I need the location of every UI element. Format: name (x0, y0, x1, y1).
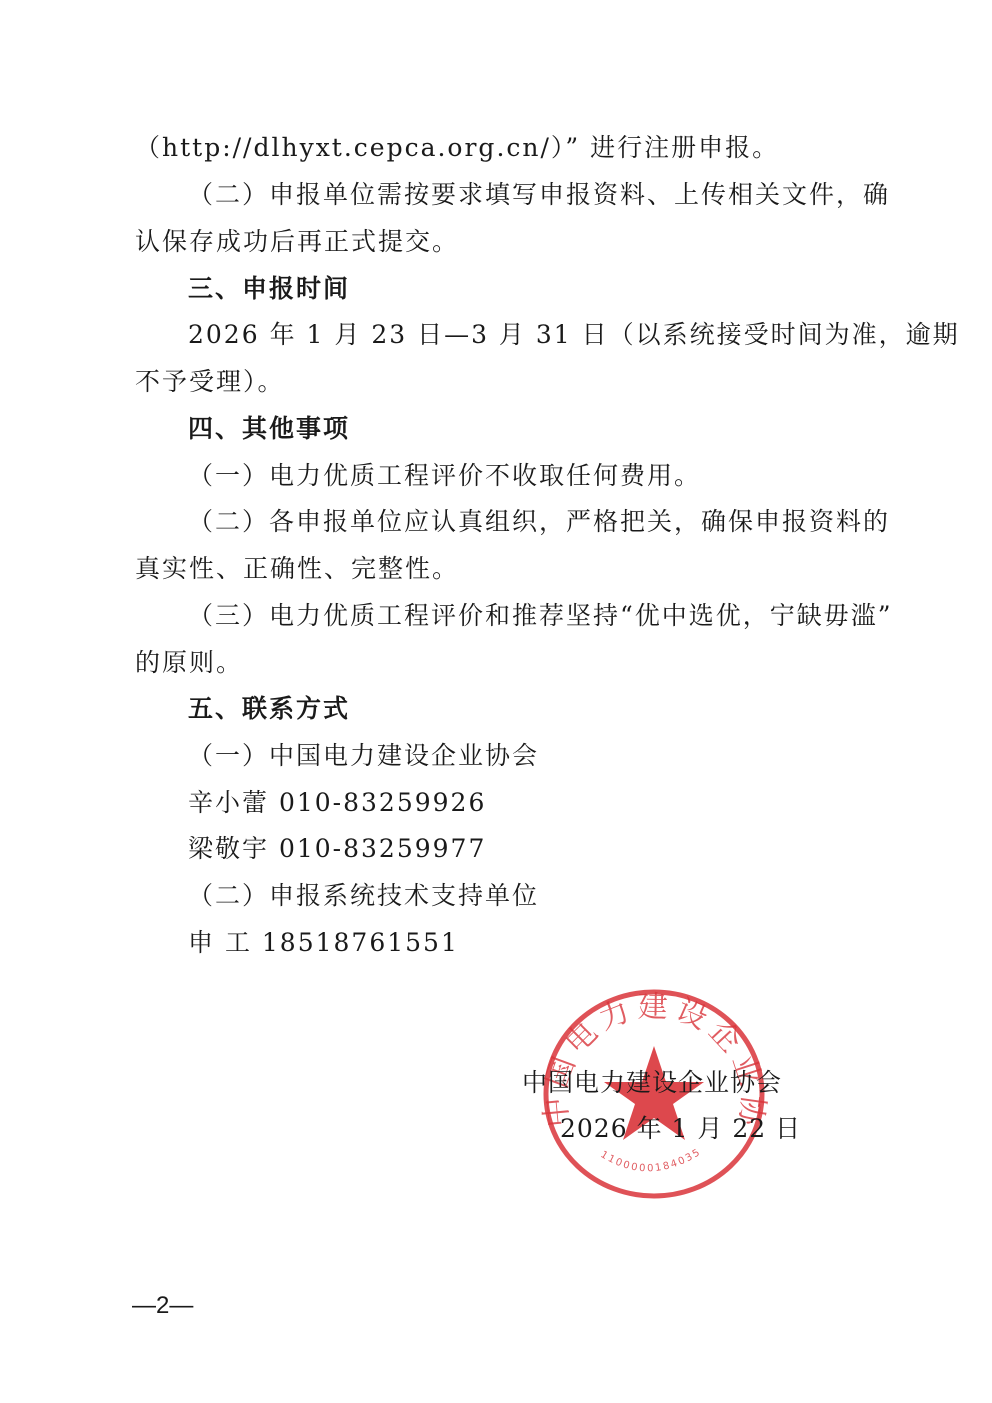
paragraph-2-2: （二）申报单位需按要求填写申报资料、上传相关文件，确 (188, 180, 890, 210)
paragraph-4-3-cont: 的原则。 (135, 648, 243, 678)
heading-5: 五、联系方式 (188, 694, 350, 724)
paragraph-time-cont: 不予受理）。 (135, 367, 285, 397)
heading-3: 三、申报时间 (188, 274, 350, 304)
page-number: —2— (132, 1292, 193, 1320)
paragraph-4-3: （三）电力优质工程评价和推荐坚持“优中选优，宁缺毋滥” (188, 601, 893, 631)
paragraph-4-1: （一）电力优质工程评价不收取任何费用。 (188, 461, 701, 491)
heading-4: 四、其他事项 (188, 414, 350, 444)
paragraph-time: 2026 年 1 月 23 日—3 月 31 日（以系统接受时间为准，逾期 (188, 320, 960, 350)
url-line: （http://dlhyxt.cepca.org.cn/）” 进行注册申报。 (135, 133, 779, 163)
signature-date: 2026 年 1 月 22 日 (560, 1114, 801, 1144)
contact-org-2: （二）申报系统技术支持单位 (188, 881, 539, 911)
paragraph-4-2: （二）各申报单位应认真组织，严格把关，确保申报资料的 (188, 507, 890, 537)
svg-text:1100000184035: 1100000184035 (599, 1146, 704, 1174)
contact-org-1: （一）中国电力建设企业协会 (188, 741, 539, 771)
signature-org: 中国电力建设企业协会 (522, 1068, 782, 1098)
paragraph-2-2-cont: 认保存成功后再正式提交。 (135, 227, 459, 257)
seal-code: 1100000184035 (599, 1146, 704, 1174)
contact-person-1: 辛小蕾 010-83259926 (188, 788, 486, 818)
contact-person-2: 梁敬宇 010-83259977 (188, 834, 486, 864)
contact-person-3: 申 工 18518761551 (188, 928, 459, 958)
paragraph-4-2-cont: 真实性、正确性、完整性。 (135, 554, 459, 584)
